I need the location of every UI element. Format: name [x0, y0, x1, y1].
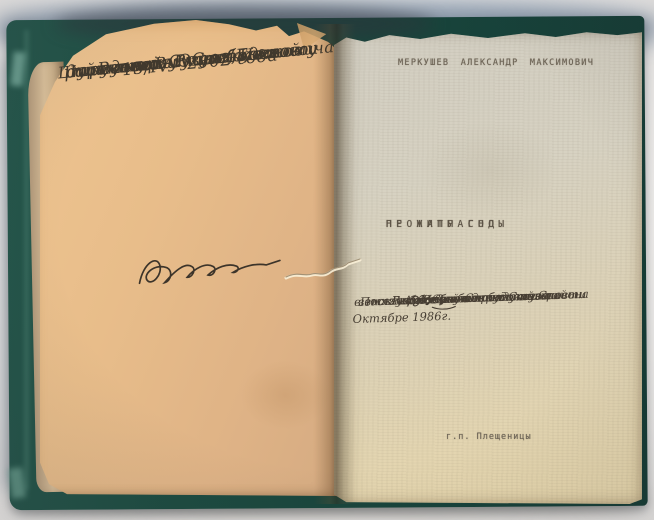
- page-tear: [282, 248, 372, 290]
- right-page-stain: [420, 120, 560, 220]
- dedication-date-line: Октябре 1986г.: [352, 308, 451, 328]
- typed-author-name: МЕРКУШЕВ АЛЕКСАНДР МАКСИМОВИЧ: [398, 58, 594, 68]
- book-photograph: Русско - Ошняковскому школьному музею, о…: [0, 0, 654, 520]
- typed-place-line: г.п. Плещеницы: [446, 432, 532, 442]
- signature-name: А. Меркушев: [404, 290, 484, 309]
- title-line-2: ПРОЖИТЫ ГОДЫ: [386, 216, 509, 233]
